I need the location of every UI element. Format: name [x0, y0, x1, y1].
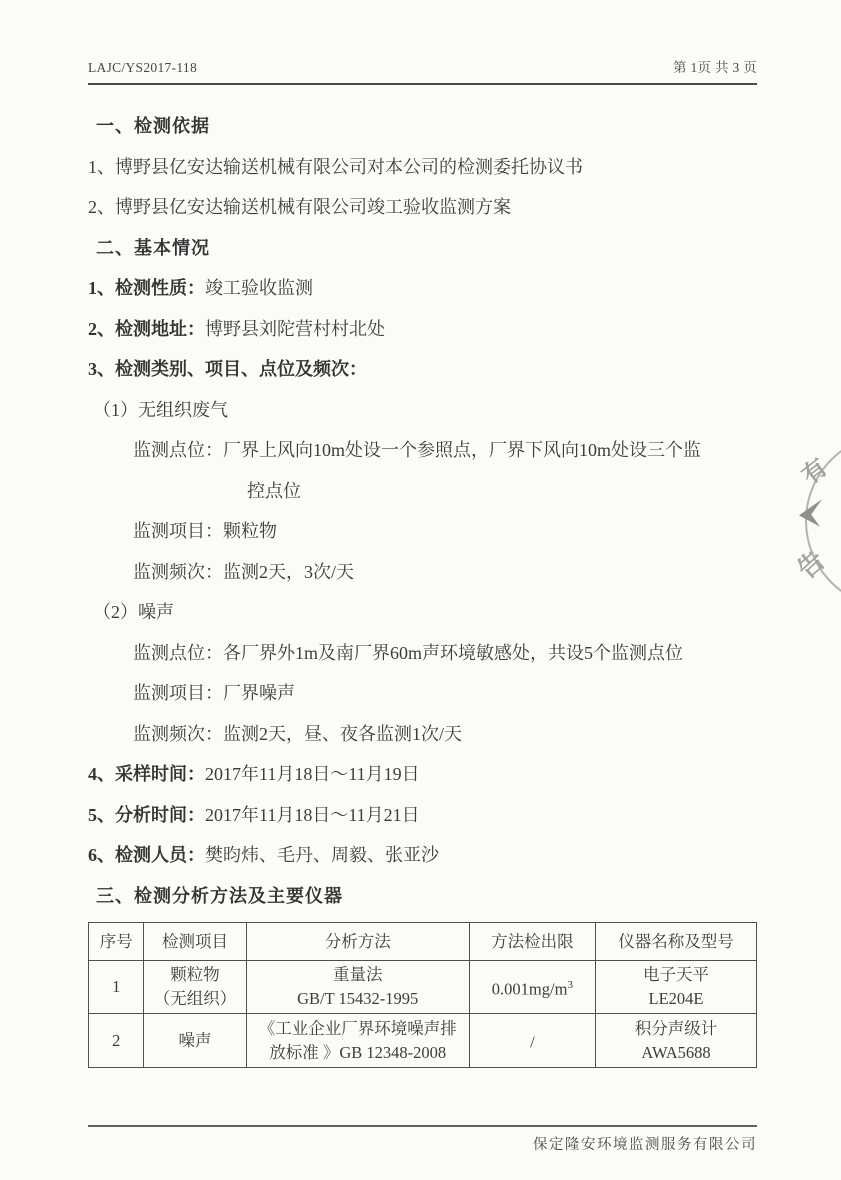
item6-label: 6、检测人员：	[88, 845, 205, 865]
gas-items-label: 监测项目：	[133, 521, 223, 541]
item2-label: 2、检测地址：	[88, 319, 205, 339]
cell-seq: 1	[89, 961, 144, 1014]
page-number-info: 第 1页 共 3 页	[673, 56, 757, 76]
section2-title: 二、基本情况	[96, 228, 757, 269]
noise-items: 监测项目：厂界噪声	[133, 673, 757, 714]
gas-group-title: （1）无组织废气	[93, 390, 757, 431]
page-header: LAJC/YS2017-118 第 1页 共 3 页	[88, 0, 757, 85]
gas-items: 监测项目：颗粒物	[133, 511, 757, 552]
col-header-item: 检测项目	[144, 923, 246, 961]
item4-value: 2017年11月18日～11月19日	[205, 764, 420, 784]
cell-method: 《工业企业厂界环境噪声排放标准 》GB 12348-2008	[246, 1014, 469, 1068]
footer-company-name: 保定隆安环境监测服务有限公司	[533, 1137, 757, 1153]
section3-title: 三、检测分析方法及主要仪器	[96, 876, 757, 917]
col-header-instrument: 仪器名称及型号	[596, 923, 757, 961]
cell-limit: /	[469, 1014, 595, 1068]
cell-method: 重量法GB/T 15432-1995	[246, 961, 469, 1014]
noise-freq-label: 监测频次：	[133, 724, 223, 744]
section2-item6: 6、检测人员：樊昀炜、毛丹、周毅、张亚沙	[88, 835, 757, 876]
noise-points-value: 各厂界外1m及南厂界60m声环境敏感处，共设5个监测点位	[223, 643, 683, 663]
section2-item4: 4、采样时间：2017年11月18日～11月19日	[88, 754, 757, 795]
section2-item3: 3、检测类别、项目、点位及频次：	[88, 349, 757, 390]
item1-value: 竣工验收监测	[205, 278, 313, 298]
gas-points-value: 厂界上风向10m处设一个参照点，厂界下风向10m处设三个监	[223, 440, 701, 460]
item5-value: 2017年11月18日～11月21日	[205, 805, 420, 825]
gas-points-wrap: 控点位	[247, 471, 757, 512]
noise-items-value: 厂界噪声	[223, 683, 295, 703]
item2-value: 博野县刘陀营村村北处	[205, 319, 385, 339]
document-page: LAJC/YS2017-118 第 1页 共 3 页 一、检测依据 1、博野县亿…	[0, 0, 841, 1180]
section2-item5: 5、分析时间：2017年11月18日～11月21日	[88, 795, 757, 836]
cell-item: 噪声	[144, 1014, 246, 1068]
page-footer: 保定隆安环境监测服务有限公司	[88, 1125, 757, 1154]
gas-points-label: 监测点位：	[133, 440, 223, 460]
noise-group-title: （2）噪声	[93, 592, 757, 633]
item3-label: 3、检测类别、项目、点位及频次：	[88, 359, 367, 379]
noise-frequency: 监测频次：监测2天，昼、夜各监测1次/天	[133, 714, 757, 755]
col-header-seq: 序号	[89, 923, 144, 961]
noise-points-label: 监测点位：	[133, 643, 223, 663]
item4-label: 4、采样时间：	[88, 764, 205, 784]
item6-value: 樊昀炜、毛丹、周毅、张亚沙	[205, 845, 439, 865]
noise-points: 监测点位：各厂界外1m及南厂界60m声环境敏感处，共设5个监测点位	[133, 633, 757, 674]
section1-item1: 1、博野县亿安达输送机械有限公司对本公司的检测委托协议书	[88, 147, 757, 188]
methods-instruments-table: 序号 检测项目 分析方法 方法检出限 仪器名称及型号 1 颗粒物（无组织） 重量…	[88, 922, 757, 1068]
table-row: 1 颗粒物（无组织） 重量法GB/T 15432-1995 0.001mg/m3…	[89, 961, 757, 1014]
gas-items-value: 颗粒物	[223, 521, 277, 541]
cell-instrument: 积分声级计AWA5688	[596, 1014, 757, 1068]
cell-seq: 2	[89, 1014, 144, 1068]
cell-item: 颗粒物（无组织）	[144, 961, 246, 1014]
gas-freq-value: 监测2天，3次/天	[223, 562, 354, 582]
document-body: 一、检测依据 1、博野县亿安达输送机械有限公司对本公司的检测委托协议书 2、博野…	[88, 85, 757, 916]
table-header-row: 序号 检测项目 分析方法 方法检出限 仪器名称及型号	[89, 923, 757, 961]
table-row: 2 噪声 《工业企业厂界环境噪声排放标准 》GB 12348-2008 / 积分…	[89, 1014, 757, 1068]
document-number: LAJC/YS2017-118	[88, 60, 197, 76]
gas-frequency: 监测频次：监测2天，3次/天	[133, 552, 757, 593]
item1-label: 1、检测性质：	[88, 278, 205, 298]
gas-points: 监测点位：厂界上风向10m处设一个参照点，厂界下风向10m处设三个监	[133, 430, 757, 471]
section2-item2: 2、检测地址：博野县刘陀营村村北处	[88, 309, 757, 350]
noise-freq-value: 监测2天，昼、夜各监测1次/天	[223, 724, 462, 744]
col-header-limit: 方法检出限	[469, 923, 595, 961]
gas-freq-label: 监测频次：	[133, 562, 223, 582]
cell-limit: 0.001mg/m3	[469, 961, 595, 1014]
section2-item1: 1、检测性质：竣工验收监测	[88, 268, 757, 309]
section1-title: 一、检测依据	[96, 106, 757, 147]
item5-label: 5、分析时间：	[88, 805, 205, 825]
section1-item2: 2、博野县亿安达输送机械有限公司竣工验收监测方案	[88, 187, 757, 228]
noise-items-label: 监测项目：	[133, 683, 223, 703]
col-header-method: 分析方法	[246, 923, 469, 961]
cell-instrument: 电子天平LE204E	[596, 961, 757, 1014]
